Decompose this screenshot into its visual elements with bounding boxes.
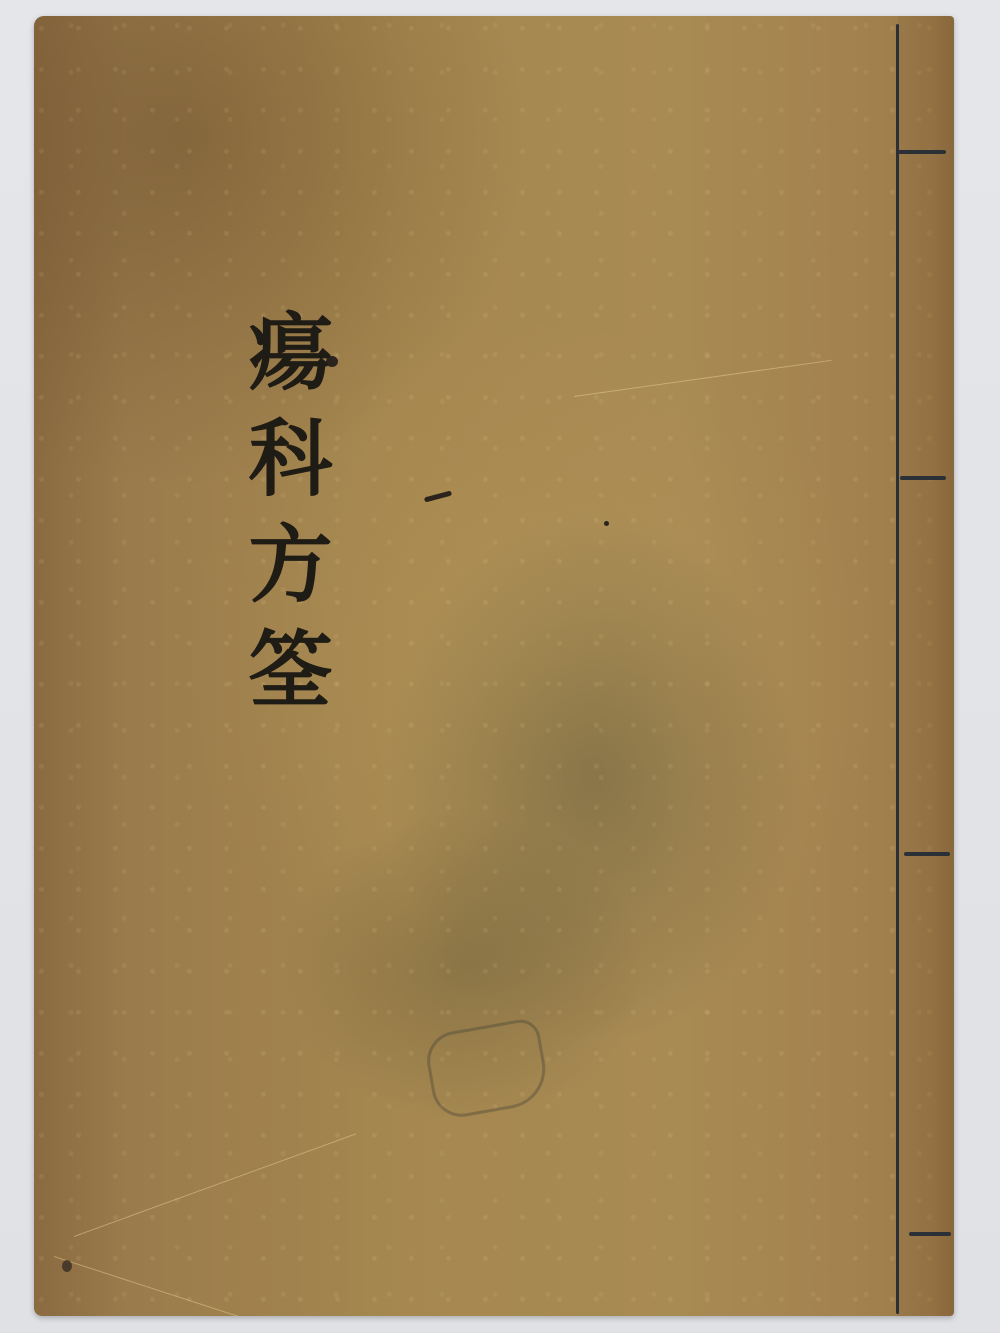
binding-stitch <box>900 476 946 480</box>
crease <box>54 1256 245 1316</box>
faded-stamp-mark <box>422 1017 551 1122</box>
ink-dot <box>62 1260 72 1272</box>
book-title: 瘍科方筌 <box>234 308 334 732</box>
book-cover: 瘍科方筌 <box>34 16 954 1316</box>
ink-mark <box>424 490 452 502</box>
ink-dot <box>604 521 609 526</box>
binding-stitch <box>896 150 946 154</box>
binding-spine <box>898 16 954 1316</box>
crease <box>574 360 832 397</box>
crease <box>74 1133 356 1237</box>
binding-stitch <box>909 1232 951 1236</box>
binding-thread <box>896 24 899 1314</box>
binding-stitch <box>904 852 950 856</box>
